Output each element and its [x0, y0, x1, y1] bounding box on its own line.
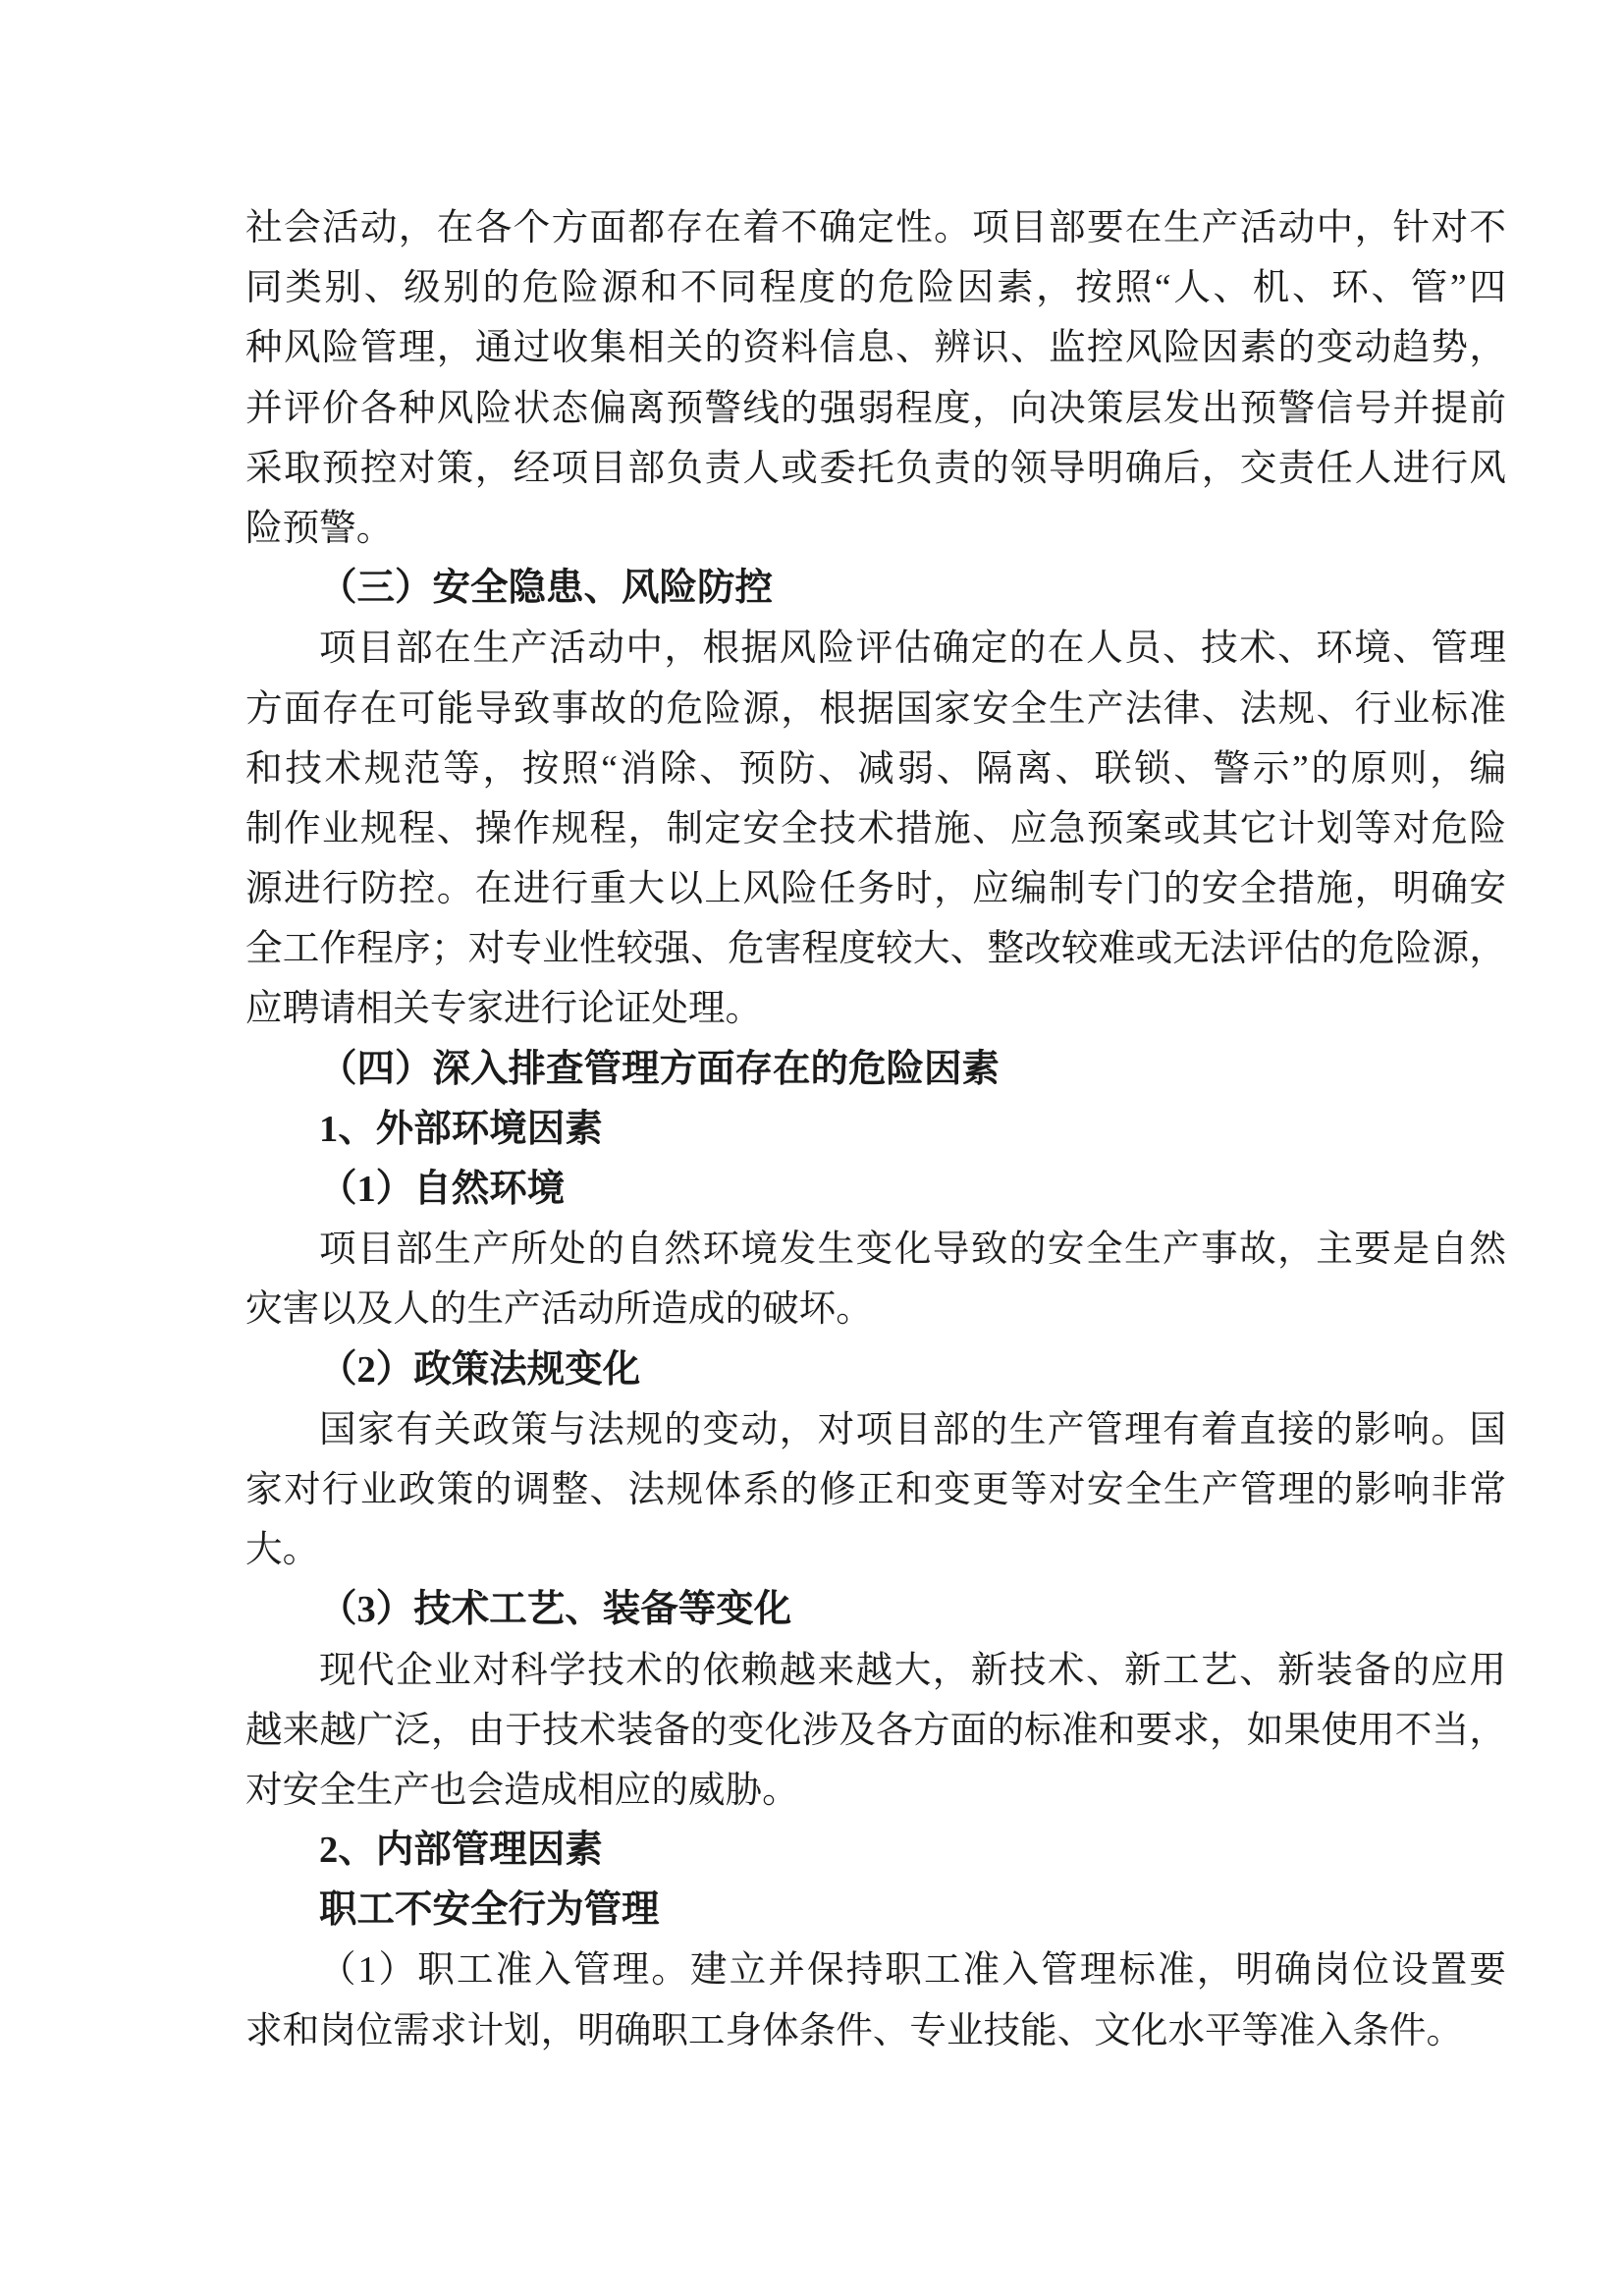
text-line: 并评价各种风险状态偏离预警线的强弱程度，向决策层发出预警信号并提前: [245, 379, 1506, 439]
text-line: 全工作程序；对专业性较强、危害程度较大、整改较难或无法评估的危险源，: [245, 919, 1506, 979]
heading-line: （3）技术工艺、装备等变化: [245, 1580, 1506, 1640]
text-line: 灾害以及人的生产活动所造成的破坏。: [245, 1280, 1506, 1339]
text-line: 采取预控对策，经项目部负责人或委托负责的领导明确后，交责任人进行风: [245, 439, 1506, 499]
text-line: （1）职工准入管理。建立并保持职工准入管理标准，明确岗位设置要: [245, 1941, 1506, 2000]
text-line: 项目部生产所处的自然环境发生变化导致的安全生产事故，主要是自然: [245, 1220, 1506, 1280]
text-block: 社会活动，在各个方面都存在着不确定性。项目部要在生产活动中，针对不同类别、级别的…: [245, 198, 1506, 2061]
heading-line: （2）政策法规变化: [245, 1340, 1506, 1400]
text-line: 种风险管理，通过收集相关的资料信息、辨识、监控风险因素的变动趋势，: [245, 318, 1506, 378]
text-line: 同类别、级别的危险源和不同程度的危险因素，按照“人、机、环、管”四: [245, 258, 1506, 318]
text-line: 社会活动，在各个方面都存在着不确定性。项目部要在生产活动中，针对不: [245, 198, 1506, 258]
heading-line: （1）自然环境: [245, 1160, 1506, 1220]
text-line: 项目部在生产活动中，根据风险评估确定的在人员、技术、环境、管理: [245, 619, 1506, 679]
text-line: 和技术规范等，按照“消除、预防、减弱、隔离、联锁、警示”的原则，编: [245, 739, 1506, 799]
heading-line: 1、外部环境因素: [245, 1100, 1506, 1160]
text-line: 越来越广泛，由于技术装备的变化涉及各方面的标准和要求，如果使用不当，: [245, 1701, 1506, 1761]
text-line: 大。: [245, 1520, 1506, 1580]
heading-line: 职工不安全行为管理: [245, 1881, 1506, 1941]
text-line: 现代企业对科学技术的依赖越来越大，新技术、新工艺、新装备的应用: [245, 1641, 1506, 1701]
heading-line: 2、内部管理因素: [245, 1821, 1506, 1881]
text-line: 应聘请相关专家进行论证处理。: [245, 979, 1506, 1039]
heading-line: （四）深入排查管理方面存在的危险因素: [245, 1040, 1506, 1100]
text-line: 国家有关政策与法规的变动，对项目部的生产管理有着直接的影响。国: [245, 1400, 1506, 1460]
text-line: 方面存在可能导致事故的危险源，根据国家安全生产法律、法规、行业标准: [245, 680, 1506, 739]
text-line: 家对行业政策的调整、法规体系的修正和变更等对安全生产管理的影响非常: [245, 1460, 1506, 1520]
text-line: 求和岗位需求计划，明确职工身体条件、专业技能、文化水平等准入条件。: [245, 2001, 1506, 2061]
text-line: 险预警。: [245, 499, 1506, 559]
text-line: 对安全生产也会造成相应的威胁。: [245, 1761, 1506, 1821]
text-line: 源进行防控。在进行重大以上风险任务时，应编制专门的安全措施，明确安: [245, 859, 1506, 919]
document-page: 社会活动，在各个方面都存在着不确定性。项目部要在生产活动中，针对不同类别、级别的…: [0, 0, 1623, 2296]
heading-line: （三）安全隐患、风险防控: [245, 559, 1506, 619]
text-line: 制作业规程、操作规程，制定安全技术措施、应急预案或其它计划等对危险: [245, 799, 1506, 859]
